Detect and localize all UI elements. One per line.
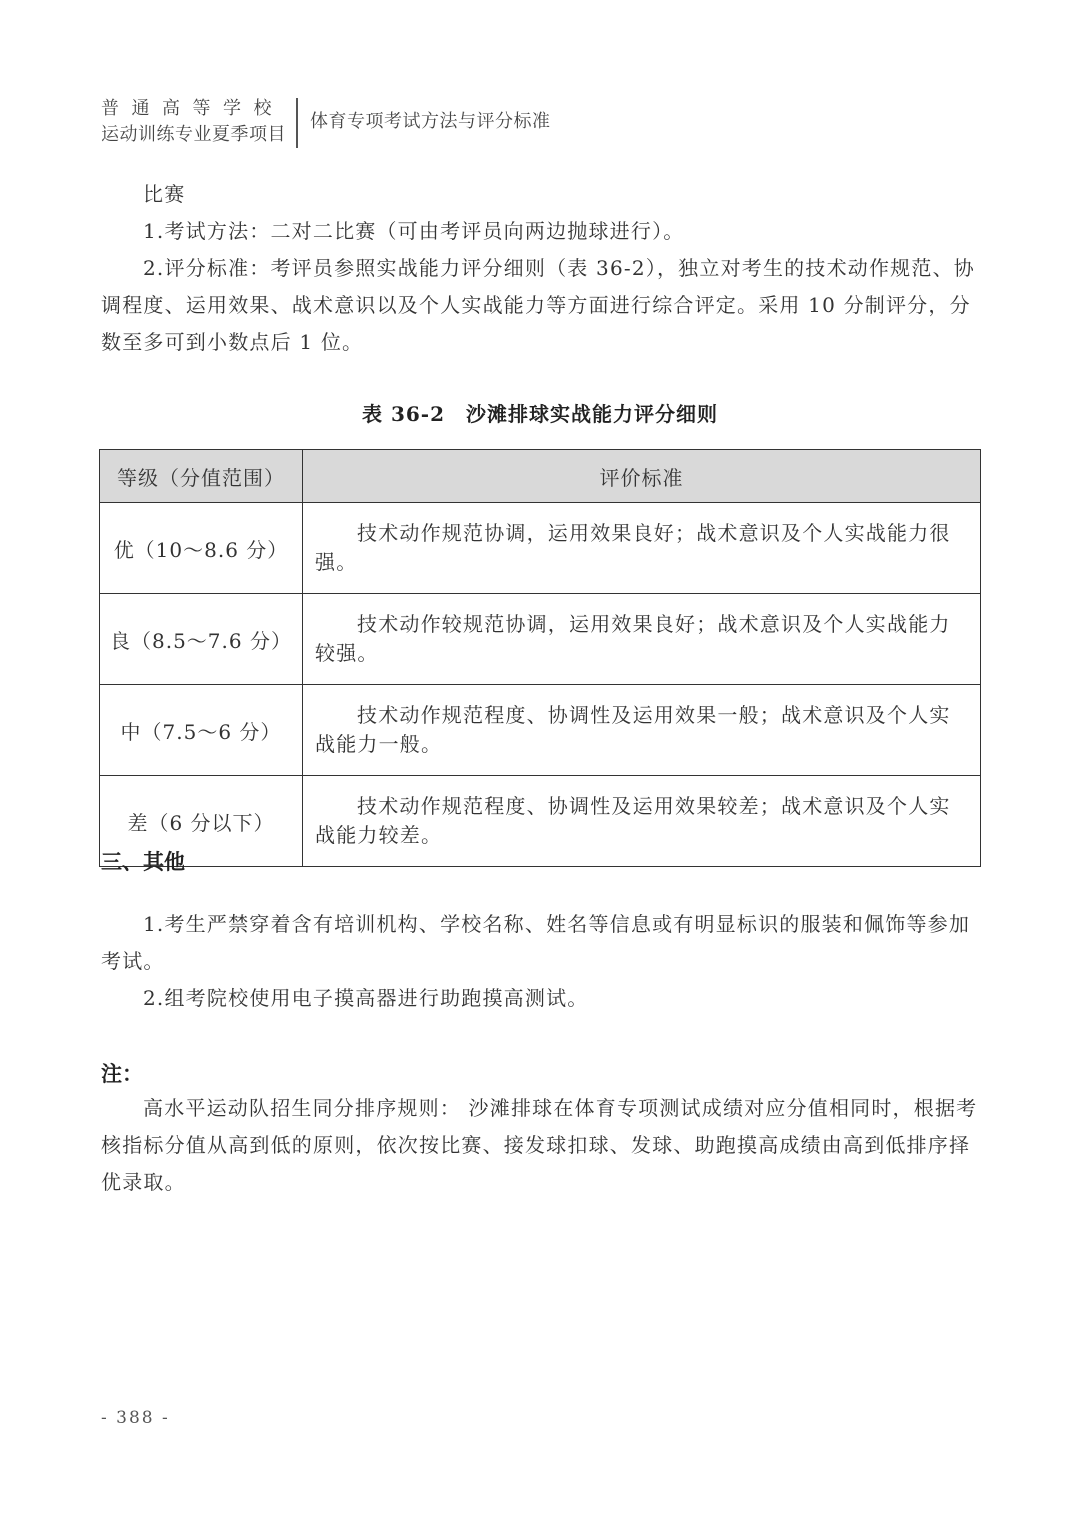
criteria-cell: 技术动作规范程度、协调性及运用效果较差；战术意识及个人实战能力较差。 (303, 776, 981, 867)
header-program-name: 运动训练专业夏季项目 (101, 122, 286, 148)
header-divider (296, 98, 298, 148)
header-chapter-title: 体育专项考试方法与评分标准 (310, 96, 551, 148)
criteria-cell: 技术动作规范协调，运用效果良好；战术意识及个人实战能力很强。 (303, 503, 981, 594)
match-scoring-standard: 2.评分标准：考评员参照实战能力评分细则（表 36-2），独立对考生的技术动作规… (101, 250, 981, 361)
table-title: 表 36-2 沙滩排球实战能力评分细则 (0, 398, 1080, 427)
level-cell: 良（8.5～7.6 分） (100, 594, 303, 685)
note-heading: 注： (101, 1058, 143, 1088)
other-rule-2: 2.组考院校使用电子摸高器进行助跑摸高测试。 (101, 980, 981, 1017)
header-criteria: 评价标准 (303, 450, 981, 503)
table-row: 中（7.5～6 分） 技术动作规范程度、协调性及运用效果一般；战术意识及个人实战… (100, 685, 981, 776)
table-row: 优（10～8.6 分） 技术动作规范协调，运用效果良好；战术意识及个人实战能力很… (100, 503, 981, 594)
table-row: 良（8.5～7.6 分） 技术动作较规范协调，运用效果良好；战术意识及个人实战能… (100, 594, 981, 685)
grading-table: 等级（分值范围） 评价标准 优（10～8.6 分） 技术动作规范协调，运用效果良… (99, 449, 981, 867)
running-header: 普通高等学校 运动训练专业夏季项目 体育专项考试方法与评分标准 (101, 96, 551, 148)
level-cell: 优（10～8.6 分） (100, 503, 303, 594)
header-school-type: 普通高等学校 (101, 96, 286, 122)
note-section: 高水平运动队招生同分排序规则： 沙滩排球在体育专项测试成绩对应分值相同时，根据考… (101, 1090, 981, 1201)
other-rule-1: 1.考生严禁穿着含有培训机构、学校名称、姓名等信息或有明显标识的服装和佩饰等参加… (101, 906, 981, 980)
match-exam-method: 1.考试方法：二对二比赛（可由考评员向两边抛球进行）。 (101, 213, 981, 250)
criteria-text: 技术动作规范协调，运用效果良好；战术意识及个人实战能力很强。 (315, 519, 970, 577)
other-section-heading: 三、其他 (101, 846, 185, 876)
other-section: 1.考生严禁穿着含有培训机构、学校名称、姓名等信息或有明显标识的服装和佩饰等参加… (101, 906, 981, 1017)
criteria-cell: 技术动作规范程度、协调性及运用效果一般；战术意识及个人实战能力一般。 (303, 685, 981, 776)
header-level: 等级（分值范围） (100, 450, 303, 503)
match-section: 比赛 1.考试方法：二对二比赛（可由考评员向两边抛球进行）。 2.评分标准：考评… (101, 176, 981, 361)
note-text: 高水平运动队招生同分排序规则： 沙滩排球在体育专项测试成绩对应分值相同时，根据考… (101, 1090, 981, 1201)
criteria-text: 技术动作较规范协调，运用效果良好；战术意识及个人实战能力较强。 (315, 610, 970, 668)
criteria-text: 技术动作规范程度、协调性及运用效果较差；战术意识及个人实战能力较差。 (315, 792, 970, 850)
header-left-block: 普通高等学校 运动训练专业夏季项目 (101, 96, 286, 148)
table-header-row: 等级（分值范围） 评价标准 (100, 450, 981, 503)
page-number: - 388 - (101, 1408, 170, 1428)
match-section-title: 比赛 (101, 176, 981, 213)
level-cell: 中（7.5～6 分） (100, 685, 303, 776)
criteria-text: 技术动作规范程度、协调性及运用效果一般；战术意识及个人实战能力一般。 (315, 701, 970, 759)
criteria-cell: 技术动作较规范协调，运用效果良好；战术意识及个人实战能力较强。 (303, 594, 981, 685)
table-row: 差（6 分以下） 技术动作规范程度、协调性及运用效果较差；战术意识及个人实战能力… (100, 776, 981, 867)
